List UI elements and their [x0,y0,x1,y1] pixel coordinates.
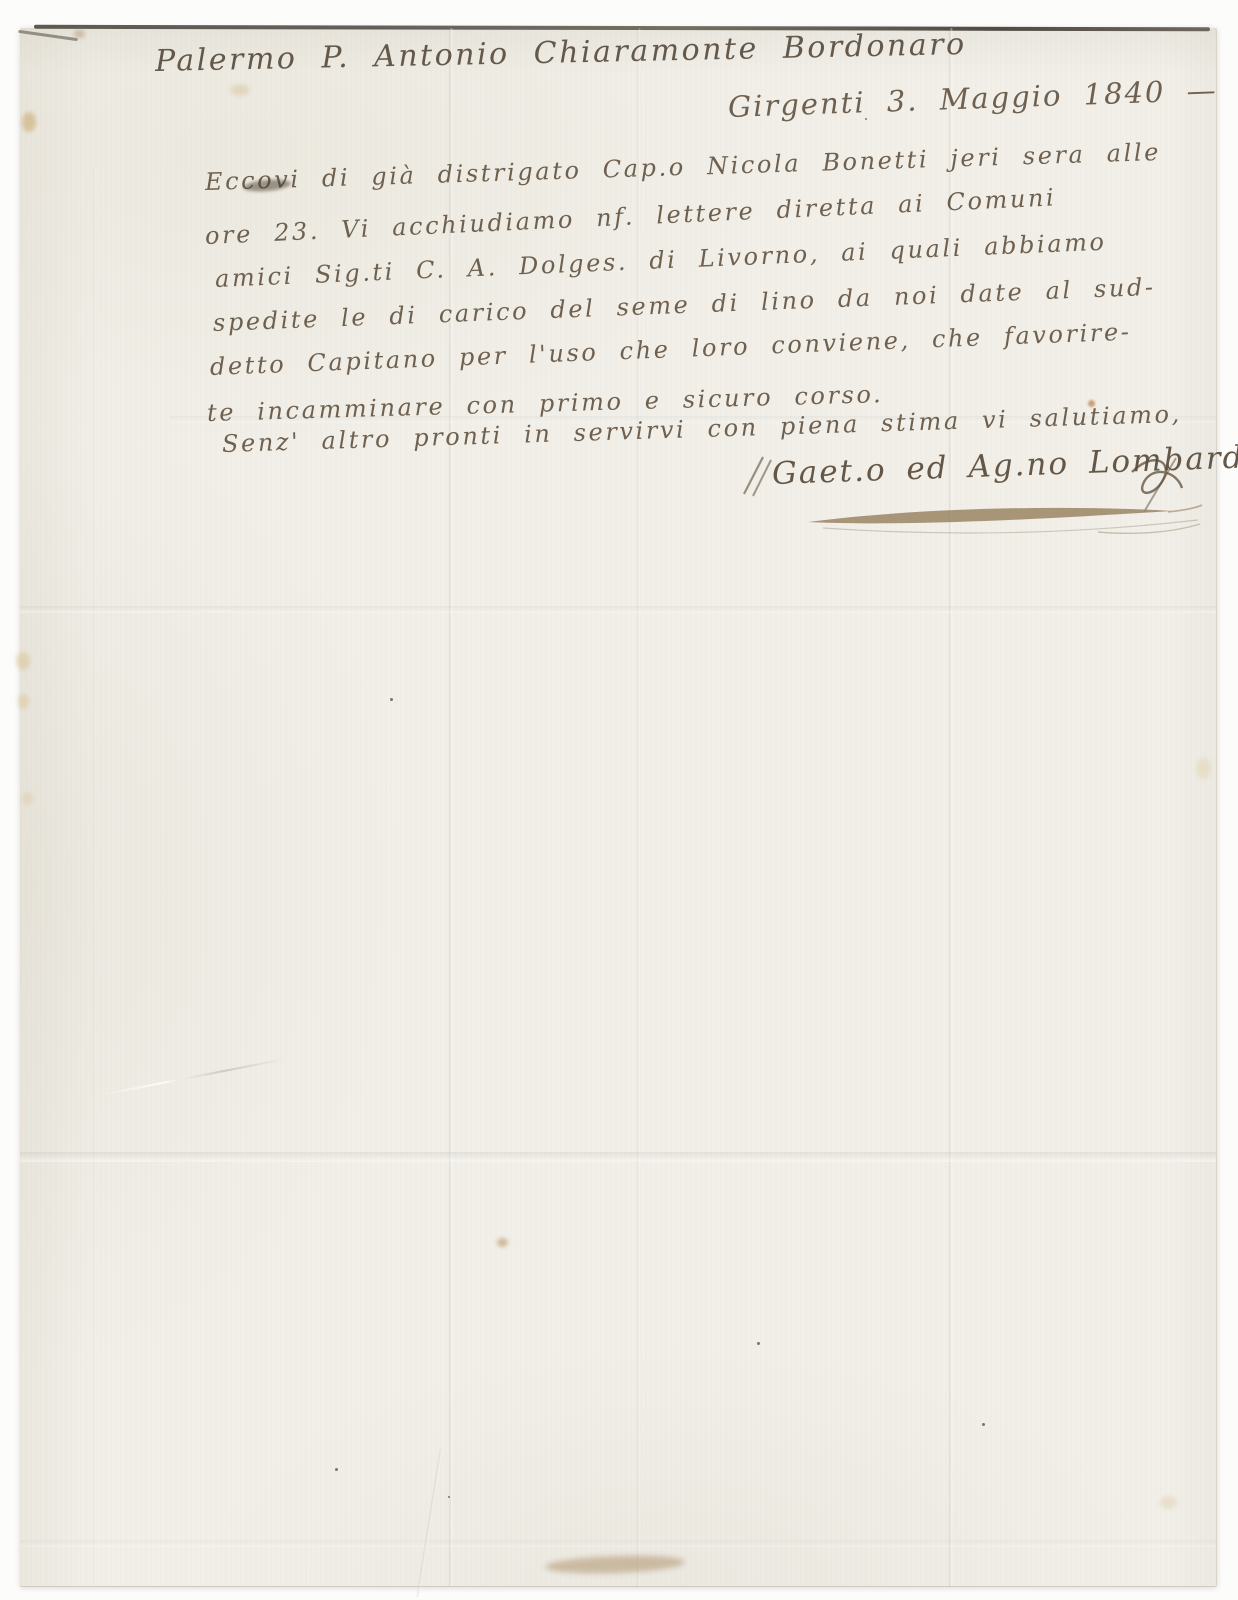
ink-speck [390,698,393,701]
dateline: Girgenti 3. Maggio 1840 — [727,73,1218,124]
foxing-stain [16,652,30,670]
signature-flourish-stroke [768,480,1208,552]
foxing-stain [497,1238,508,1247]
foxing-stain [1196,758,1211,779]
paper-top-edge [34,25,1210,31]
foxing-stain [18,694,29,709]
ink-speck [757,1342,760,1345]
horizontal-fold-crease [20,1540,1216,1547]
letter-paper: Palermo P. Antonio Chiaramonte Bordonaro… [20,28,1217,1587]
horizontal-fold-crease [20,606,1216,613]
scratch-mark [100,1058,287,1096]
diagonal-crease [416,1449,442,1598]
scan-background: Palermo P. Antonio Chiaramonte Bordonaro… [0,0,1238,1600]
vertical-fold-crease [92,168,97,1586]
ink-speck [982,1423,985,1426]
foxing-stain [1160,1496,1177,1509]
ink-speck [335,1468,338,1471]
ink-speck [448,1496,450,1498]
horizontal-fold-crease [20,1152,1216,1162]
addressee-line: Palermo P. Antonio Chiaramonte Bordonaro [155,27,967,79]
foxing-stain [74,30,85,38]
foxing-stain [22,112,36,132]
foxing-stain [230,84,250,96]
bottom-smudge-stain [545,1554,686,1576]
foxing-stain [22,792,33,805]
paper-top-edge-corner [18,30,78,41]
